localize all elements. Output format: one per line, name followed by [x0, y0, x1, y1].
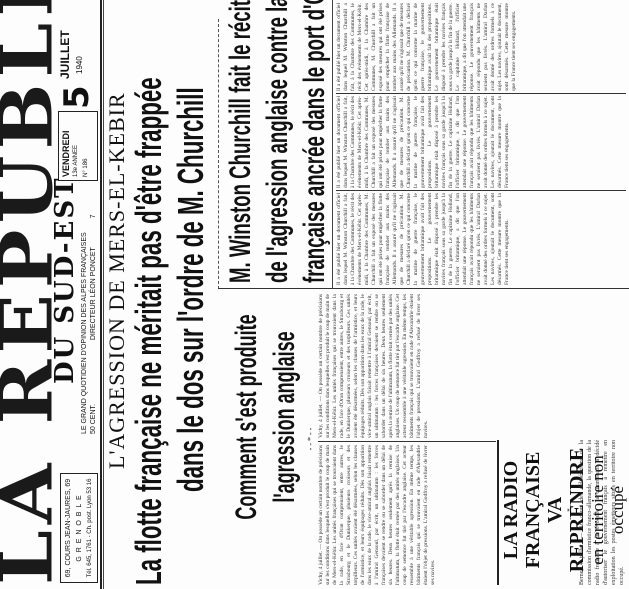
story-right-title-line-2: de l'agression anglaise contre la flotte [259, 0, 296, 283]
story-left-title-line-1: Comment s'est produite [228, 249, 266, 585]
date-day: 5 [58, 85, 96, 109]
story-left-title: Comment s'est produite l'agression angla… [228, 249, 304, 585]
radio-rule [497, 440, 499, 585]
newspaper-page: LA REPUBLIQUE 69, COURS JEAN-JAURES, 69 … [0, 0, 629, 589]
tagline: LE GRAND QUOTIDIEN D'OPINION DES ALPES F… [81, 232, 88, 434]
story-right-title-line-3: française ancrée dans le port d'Oran [296, 0, 333, 283]
kicker: L'AGRESSION DE MERS-EL-KEBIR [104, 92, 130, 469]
weekday: VENDREDI [61, 130, 71, 177]
story-right-rule [332, 0, 333, 289]
page-marker: 7 [90, 214, 97, 218]
address-box: 69, COURS JEAN-JAURES, 69 G R E N O B L … [60, 473, 98, 583]
address-phone: Tél. 645, 1761 - Ch. post. Lyon 53 16 [85, 474, 96, 582]
column-divider [318, 441, 496, 442]
masthead-subtitle: DU SUD-EST [50, 177, 80, 384]
story-right-body-col2: Il a été publié hier un document officie… [336, 96, 626, 188]
story-radio-body: Berne, 4 juillet. — Au cours des délibér… [578, 440, 626, 585]
story-left-ornament: - - * - - [306, 389, 315, 489]
masthead-title: LA REPUBLIQUE [0, 0, 55, 585]
story-left-body-col1: Vichy, 4 juillet. — On possède un certai… [318, 445, 496, 585]
masthead-tagline-block: LE GRAND QUOTIDIEN D'OPINION DES ALPES F… [80, 214, 98, 434]
main-headline: La flotte française ne méritait pas d'êt… [128, 222, 212, 585]
headline-line-1: La flotte française ne méritait pas d'êt… [128, 2, 170, 585]
date-box: VENDREDI 13e ANNEE N° 186 [58, 111, 98, 181]
story-right-title: M. Winston Churchill fait le récit de l'… [222, 0, 333, 283]
address-line: 69, COURS JEAN-JAURES, 69 [63, 474, 74, 582]
story-radio-ornament: - - * - - [566, 435, 574, 585]
date-month: JUILLET [58, 30, 72, 79]
issue-number: N° 186 [83, 159, 89, 177]
date-year: 1940 [75, 56, 84, 74]
column-divider [336, 93, 626, 94]
story-radio-title-line-1: LA RADIO FRANÇAISE [500, 435, 544, 585]
story-right-body-col1: Il a été publié hier un document officie… [336, 193, 626, 285]
story-left-title-line-2: l'agression anglaise [266, 249, 304, 585]
story-left-body-col2: Vichy, 4 juillet. — On possède un certai… [318, 294, 623, 438]
masthead-rule [100, 0, 102, 589]
price: 50 CENT. [90, 404, 97, 434]
story-right-body-col3: Il a été publié hier un document officie… [336, 3, 626, 91]
address-city: G R E N O B L E [74, 474, 85, 582]
director: DIRECTEUR LÉON PONCET [90, 247, 97, 340]
story-right-title-line-1: M. Winston Churchill fait le récit [222, 0, 259, 283]
headline-line-2: dans le dos sur l'ordre de M. Churchill [170, 0, 212, 585]
column-divider [336, 190, 626, 191]
dotted-separator [218, 19, 219, 289]
issue-year: 13e ANNEE [73, 145, 79, 177]
column-divider [218, 288, 629, 289]
